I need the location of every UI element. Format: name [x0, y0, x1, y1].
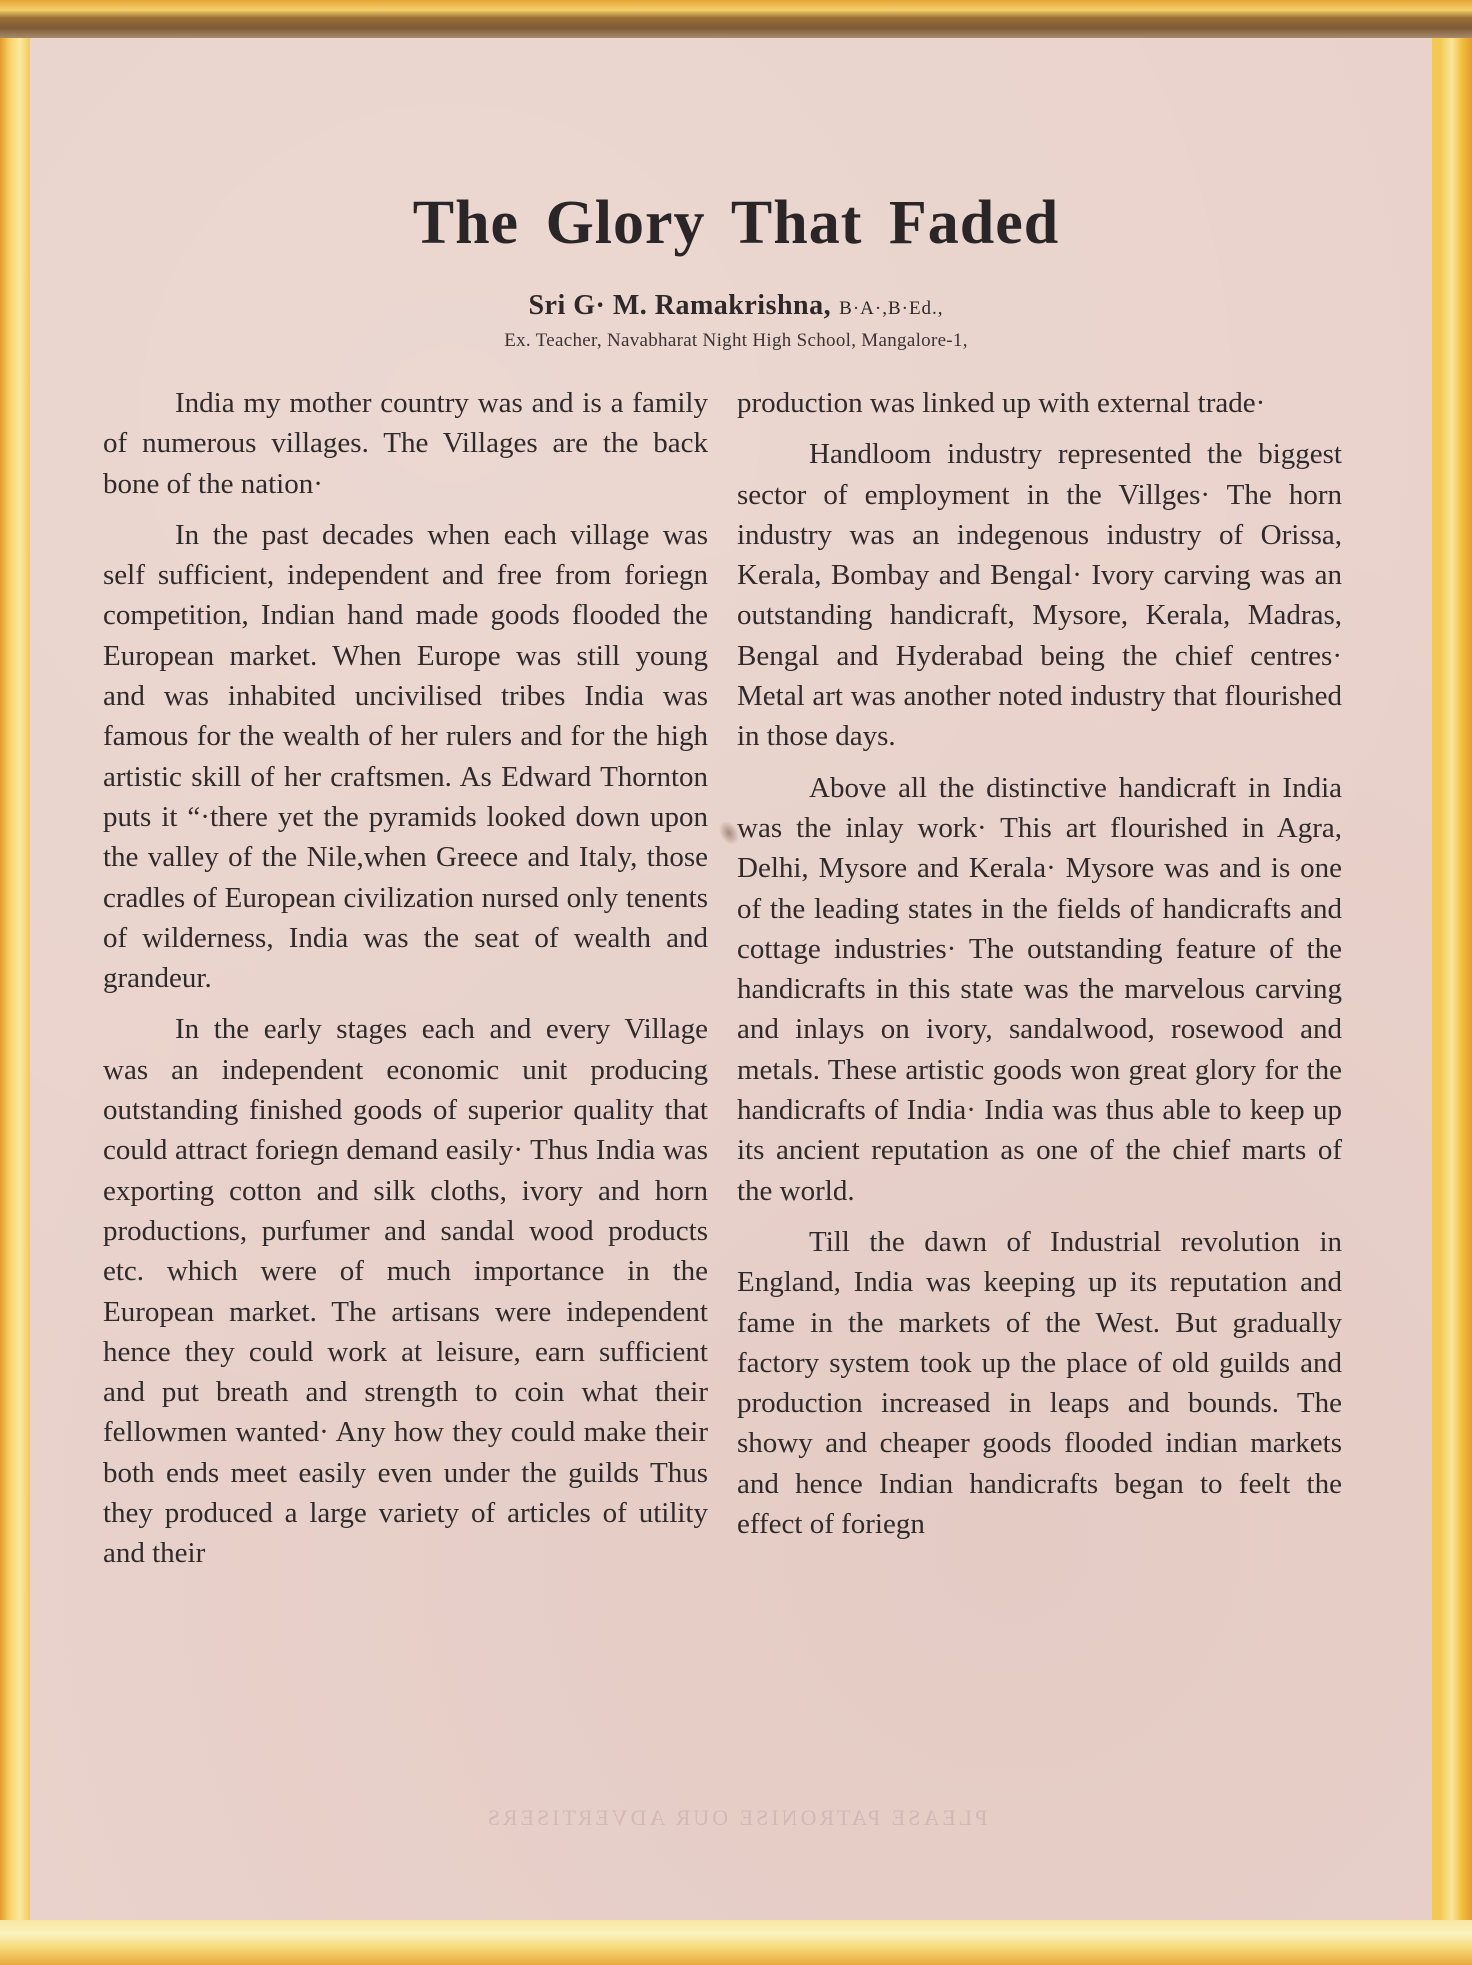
paragraph-continued: production was linked up with external t… [737, 383, 1342, 423]
author-degrees: B·A·,B·Ed., [839, 298, 943, 319]
paragraph: Above all the distinctive handicraft in … [737, 768, 1342, 1211]
author-name: Sri G· M. Ramakrishna, [528, 290, 831, 321]
paragraph: In the past decades when each village wa… [103, 515, 708, 999]
right-column: production was linked up with external t… [737, 383, 1342, 1555]
paragraph: India my mother country was and is a fam… [103, 383, 708, 504]
paragraph: In the early stages each and every Villa… [103, 1009, 708, 1573]
frame-top-edge [0, 0, 1472, 38]
frame-bottom-edge [0, 1920, 1472, 1965]
author-byline: Sri G· M. Ramakrishna,B·A·,B·Ed., [0, 290, 1472, 322]
author-affiliation: Ex. Teacher, Navabharat Night High Schoo… [0, 330, 1472, 352]
paragraph: Till the dawn of Industrial revolution i… [737, 1222, 1342, 1544]
bleed-through-text: PLEASE PATRONISE OUR ADVERTISERS [0, 1805, 1472, 1831]
left-column: India my mother country was and is a fam… [103, 383, 708, 1585]
paragraph: Handloom industry represented the bigges… [737, 434, 1342, 756]
article-title: The Glory That Faded [0, 188, 1472, 259]
